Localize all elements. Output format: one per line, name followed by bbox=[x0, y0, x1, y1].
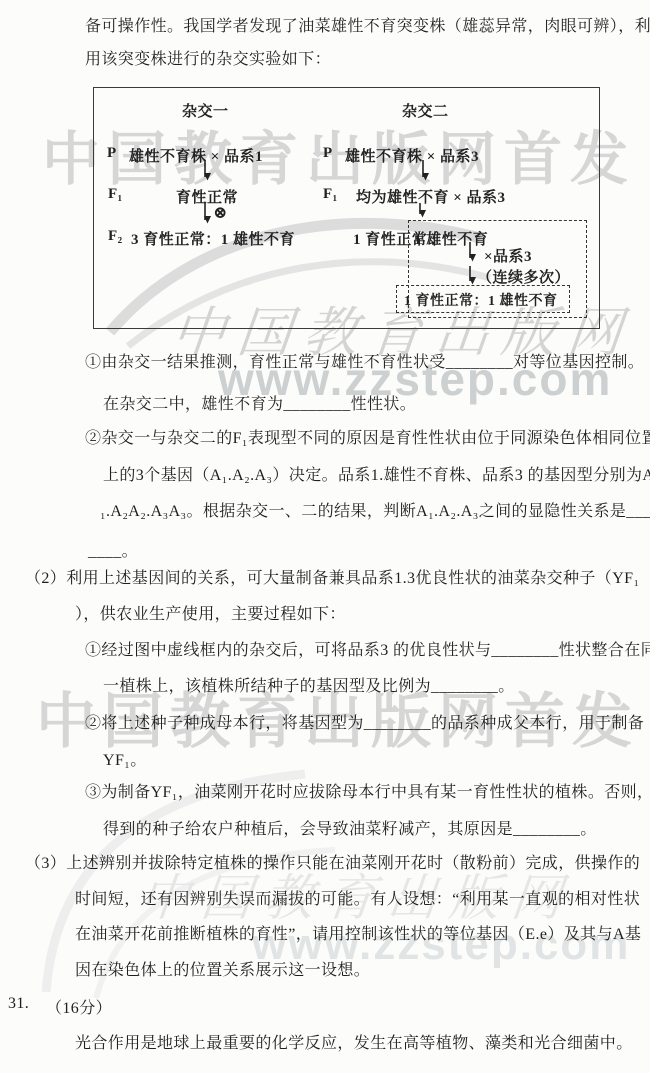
intro-line: 备可操作性。我国学者发现了油菜雄性不育突变株（雄蕊异常，肉眼可辨），利 bbox=[85, 13, 650, 36]
cross1-p-text: 雄性不育株 × 品系1 bbox=[129, 145, 263, 166]
q1-line: ②杂交一与杂交二的F₁表现型不同的原因是育性性状由位于同源染色体相同位置 bbox=[85, 425, 650, 448]
cross1-f1-label: F₁ bbox=[108, 186, 123, 203]
cross1-p-label: P bbox=[107, 145, 117, 162]
q2-line: 一植株上，该植株所结种子的基因型及比例为________。 bbox=[103, 673, 515, 696]
q2-line: ），供农业生产使用，主要过程如下： bbox=[75, 601, 346, 624]
q1-line: ₁.A₂A₂.A₃A₃。根据杂交一、二的结果，判断A₁.A₂.A₃之间的显隐性关… bbox=[100, 498, 650, 521]
selfing-symbol: ⊗ bbox=[213, 203, 228, 223]
cross2-title: 杂交二 bbox=[402, 100, 449, 121]
q2-line: 得到的种子给农户种植后，会导致油菜籽减产，其原因是________。 bbox=[103, 816, 597, 839]
cross2-p-label: P bbox=[323, 145, 333, 162]
q31-number: 31. bbox=[8, 995, 29, 1013]
cross1-f2-text: 3 育性正常：1 雄性不育 bbox=[131, 228, 295, 249]
q1-line: ①由杂交一结果推测，育性正常与雄性不育性状受________对等位基因控制。 bbox=[85, 349, 644, 372]
cross1-f1-text: 育性正常 bbox=[176, 186, 238, 207]
q2-line: ①经过图中虚线框内的杂交后，可将品系3 的优良性状与________性状整合在同 bbox=[85, 637, 650, 660]
exam-page: 中国教育出版网首发 中国教育出版网 www.zzstep.com 中国教育出版网… bbox=[0, 0, 650, 1073]
cross2-final-ratio: 1 育性正常：1 雄性不育 bbox=[404, 290, 558, 310]
q3-line: 时间短，还有因辨别失误而漏拔的可能。有人设想：“利用某一直观的相对性状 bbox=[75, 886, 640, 909]
cross2-backcross-label: ×品系3 bbox=[484, 245, 532, 266]
q1-line: 在杂交二中，雄性不育为________性性状。 bbox=[103, 391, 416, 414]
q1-line: 上的3个基因（A₁.A₂.A₃）决定。品系1.雄性不育株、品系3 的基因型分别为… bbox=[103, 462, 650, 485]
cross1-f2-label: F₂ bbox=[108, 228, 123, 245]
q2-line: ②将上述种子种成母本行，将基因型为________的品系种成父本行，用于制备 bbox=[85, 710, 644, 733]
q31-score: （16分） bbox=[46, 995, 112, 1018]
q2-line: YF₁。 bbox=[103, 747, 147, 770]
q2-line: （2）利用上述基因间的关系，可大量制备兼具品系1.3优良性状的油菜杂交种子（YF… bbox=[25, 565, 639, 588]
q3-line: （3）上述辨别并拔除特定植株的操作只能在油菜刚开花时（散粉前）完成，供操作的 bbox=[25, 850, 640, 873]
q1-line: ____。 bbox=[88, 538, 138, 561]
cross2-repeat-note: （连续多次） bbox=[477, 266, 570, 287]
q2-line: ③为制备YF₁，油菜刚开花时应拔除母本行中具有某一育性性状的植株。否则， bbox=[85, 779, 650, 802]
cross2-f1-text: 均为雄性不育 × 品系3 bbox=[356, 186, 506, 207]
cross2-p-text: 雄性不育株 × 品系3 bbox=[345, 145, 479, 166]
q3-line: 因在染色体上的位置关系展示这一设想。 bbox=[75, 957, 370, 980]
cross2-f1-label: F₁ bbox=[323, 186, 338, 203]
cross1-title: 杂交一 bbox=[182, 100, 229, 121]
q31-intro: 光合作用是地球上最重要的化学反应，发生在高等植物、藻类和光合细菌中。 bbox=[75, 1030, 633, 1053]
cross2-ratio-sterile: 1 雄性不育 bbox=[414, 228, 488, 249]
intro-line: 用该突变株进行的杂交实验如下： bbox=[85, 46, 331, 69]
q3-line: 在油菜开花前推断植株的育性”，请用控制该性状的等位基因（E.e）及其与A基 bbox=[75, 921, 641, 944]
